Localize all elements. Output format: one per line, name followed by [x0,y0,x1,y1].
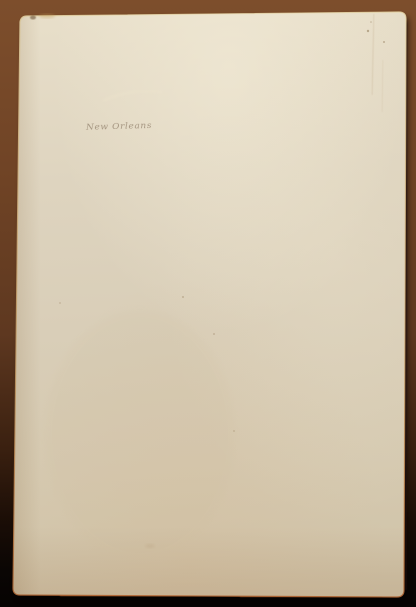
foxing-speck [182,296,184,298]
large-mottle-stain [45,310,235,560]
backdrop-and-paper-illustration [0,0,416,607]
foxing-speck [213,333,215,335]
bottom-edge-glint-left [60,596,200,597]
corner-fleck-stain [30,16,36,20]
foxing-speck [367,30,369,32]
foxing-speck [370,21,372,23]
foxing-speck [59,302,61,304]
photo-scene: New Orleans [0,0,416,607]
top-edge-tan-stain [39,14,55,19]
foxing-speck [383,41,385,43]
